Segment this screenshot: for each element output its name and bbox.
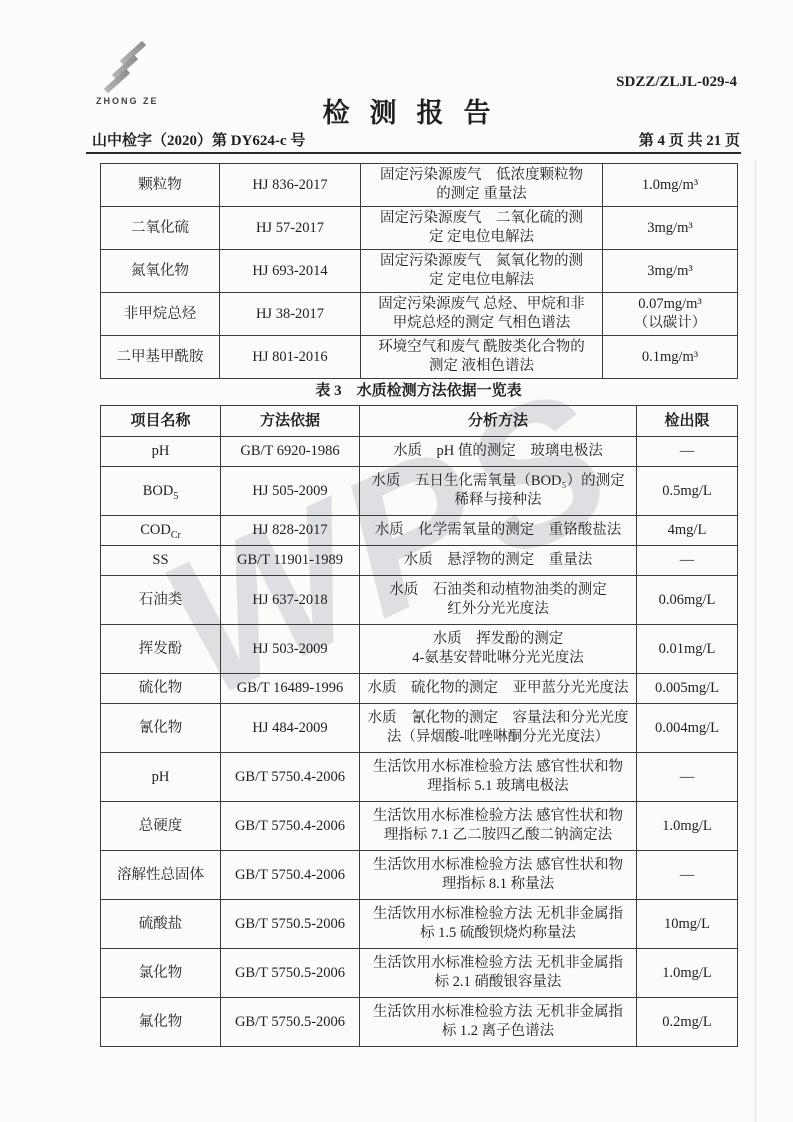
detection-limit-cell: 1.0mg/m³ (603, 164, 738, 207)
table-row: 硫化物GB/T 16489-1996水质 硫化物的测定 亚甲蓝分光光度法0.00… (101, 674, 738, 704)
column-header: 分析方法 (360, 406, 637, 437)
analysis-method-cell: 水质 石油类和动植物油类的测定 红外分光光度法 (360, 576, 637, 625)
method-basis-cell: GB/T 5750.5-2006 (221, 949, 360, 998)
table-row: 氮氧化物HJ 693-2014固定污染源废气 氮氧化物的测 定 定电位电解法3m… (101, 250, 738, 293)
analysis-method-cell: 固定污染源废气 总烃、甲烷和非 甲烷总烃的测定 气相色谱法 (361, 293, 603, 336)
item-name-cell: SS (101, 546, 221, 576)
item-name-cell: BOD5 (101, 467, 221, 516)
table-row: 氟化物GB/T 5750.5-2006生活饮用水标准检验方法 无机非金属指 标 … (101, 998, 738, 1047)
table-header-row: 项目名称方法依据分析方法检出限 (101, 406, 738, 437)
detection-limit-cell: 0.5mg/L (637, 467, 738, 516)
document-body: 颗粒物HJ 836-2017固定污染源废气 低浓度颗粒物 的测定 重量法1.0m… (100, 163, 737, 1047)
table-row: 非甲烷总烃HJ 38-2017固定污染源废气 总烃、甲烷和非 甲烷总烃的测定 气… (101, 293, 738, 336)
table-row: 总硬度GB/T 5750.4-2006生活饮用水标准检验方法 感官性状和物 理指… (101, 802, 738, 851)
report-number: 山中检字（2020）第 DY624-c 号 (88, 129, 305, 150)
table-row: 挥发酚HJ 503-2009水质 挥发酚的测定 4-氨基安替吡啉分光光度法0.0… (101, 625, 738, 674)
item-name-cell: 颗粒物 (101, 164, 220, 207)
detection-limit-cell: — (637, 546, 738, 576)
item-name-cell: 非甲烷总烃 (101, 293, 220, 336)
column-header: 方法依据 (221, 406, 360, 437)
water-methods-table: 项目名称方法依据分析方法检出限 pHGB/T 6920-1986水质 pH 值的… (100, 405, 738, 1047)
logo-stripes-icon (96, 42, 156, 94)
analysis-method-cell: 水质 氰化物的测定 容量法和分光光度 法（异烟酸-吡唑啉酮分光光度法） (360, 704, 637, 753)
item-name-cell: 氮氧化物 (101, 250, 220, 293)
item-name-cell: 硫酸盐 (101, 900, 221, 949)
item-name-cell: pH (101, 437, 221, 467)
method-basis-cell: GB/T 5750.4-2006 (221, 802, 360, 851)
table-row: pHGB/T 5750.4-2006生活饮用水标准检验方法 感官性状和物 理指标… (101, 753, 738, 802)
detection-limit-cell: 10mg/L (637, 900, 738, 949)
analysis-method-cell: 水质 pH 值的测定 玻璃电极法 (360, 437, 637, 467)
column-header: 检出限 (637, 406, 738, 437)
method-basis-cell: GB/T 6920-1986 (221, 437, 360, 467)
gas-methods-table: 颗粒物HJ 836-2017固定污染源废气 低浓度颗粒物 的测定 重量法1.0m… (100, 163, 738, 379)
item-name-cell: 氯化物 (101, 949, 221, 998)
method-basis-cell: HJ 828-2017 (221, 516, 360, 546)
method-basis-cell: HJ 505-2009 (221, 467, 360, 516)
page-number-info: 第 4 页 共 21 页 (639, 129, 740, 150)
method-basis-cell: GB/T 5750.5-2006 (221, 900, 360, 949)
item-name-cell: 氟化物 (101, 998, 221, 1047)
method-basis-cell: HJ 693-2014 (220, 250, 361, 293)
detection-limit-cell: 0.004mg/L (637, 704, 738, 753)
table-row: 二氧化硫HJ 57-2017固定污染源废气 二氧化硫的测 定 定电位电解法3mg… (101, 207, 738, 250)
method-basis-cell: HJ 836-2017 (220, 164, 361, 207)
method-basis-cell: GB/T 5750.5-2006 (221, 998, 360, 1047)
page-title: 检测报告 (90, 91, 723, 130)
detection-limit-cell: 0.06mg/L (637, 576, 738, 625)
table-row: BOD5HJ 505-2009水质 五日生化需氧量（BOD₅）的测定 稀释与接种… (101, 467, 738, 516)
table-row: CODCrHJ 828-2017水质 化学需氧量的测定 重铬酸盐法4mg/L (101, 516, 738, 546)
detection-limit-cell: 4mg/L (637, 516, 738, 546)
analysis-method-cell: 水质 五日生化需氧量（BOD₅）的测定 稀释与接种法 (360, 467, 637, 516)
analysis-method-cell: 水质 悬浮物的测定 重量法 (360, 546, 637, 576)
detection-limit-cell: 3mg/m³ (603, 207, 738, 250)
detection-limit-cell: 3mg/m³ (603, 250, 738, 293)
analysis-method-cell: 生活饮用水标准检验方法 感官性状和物 理指标 7.1 乙二胺四乙酸二钠滴定法 (360, 802, 637, 851)
table-row: pHGB/T 6920-1986水质 pH 值的测定 玻璃电极法— (101, 437, 738, 467)
water-methods-table-head: 项目名称方法依据分析方法检出限 (101, 406, 738, 437)
item-name-cell: CODCr (101, 516, 221, 546)
detection-limit-cell: 0.1mg/m³ (603, 336, 738, 379)
method-basis-cell: HJ 503-2009 (221, 625, 360, 674)
method-basis-cell: HJ 484-2009 (221, 704, 360, 753)
subheader: 山中检字（2020）第 DY624-c 号 第 4 页 共 21 页 (88, 129, 740, 150)
item-name-cell: 硫化物 (101, 674, 221, 704)
method-basis-cell: HJ 801-2016 (220, 336, 361, 379)
method-basis-cell: GB/T 16489-1996 (221, 674, 360, 704)
method-basis-cell: GB/T 11901-1989 (221, 546, 360, 576)
method-basis-cell: GB/T 5750.4-2006 (221, 753, 360, 802)
item-name-cell: 总硬度 (101, 802, 221, 851)
detection-limit-cell: 0.01mg/L (637, 625, 738, 674)
table-row: 石油类HJ 637-2018水质 石油类和动植物油类的测定 红外分光光度法0.0… (101, 576, 738, 625)
table3-caption: 表 3 水质检测方法依据一览表 (100, 379, 737, 405)
analysis-method-cell: 水质 硫化物的测定 亚甲蓝分光光度法 (360, 674, 637, 704)
item-name-cell: pH (101, 753, 221, 802)
column-header: 项目名称 (101, 406, 221, 437)
detection-limit-cell: — (637, 437, 738, 467)
item-name-cell: 挥发酚 (101, 625, 221, 674)
header-rule (86, 152, 741, 154)
detection-limit-cell: — (637, 851, 738, 900)
table-row: 氰化物HJ 484-2009水质 氰化物的测定 容量法和分光光度 法（异烟酸-吡… (101, 704, 738, 753)
scan-edge-line (755, 160, 756, 1122)
analysis-method-cell: 水质 化学需氧量的测定 重铬酸盐法 (360, 516, 637, 546)
table-row: 溶解性总固体GB/T 5750.4-2006生活饮用水标准检验方法 感官性状和物… (101, 851, 738, 900)
item-name-cell: 溶解性总固体 (101, 851, 221, 900)
analysis-method-cell: 生活饮用水标准检验方法 无机非金属指 标 1.5 硫酸钡烧灼称量法 (360, 900, 637, 949)
analysis-method-cell: 生活饮用水标准检验方法 感官性状和物 理指标 8.1 称量法 (360, 851, 637, 900)
detection-limit-cell: 1.0mg/L (637, 802, 738, 851)
method-basis-cell: GB/T 5750.4-2006 (221, 851, 360, 900)
analysis-method-cell: 生活饮用水标准检验方法 无机非金属指 标 2.1 硝酸银容量法 (360, 949, 637, 998)
analysis-method-cell: 环境空气和废气 酰胺类化合物的 测定 液相色谱法 (361, 336, 603, 379)
detection-limit-cell: 0.005mg/L (637, 674, 738, 704)
method-basis-cell: HJ 38-2017 (220, 293, 361, 336)
detection-limit-cell: 0.07mg/m³ （以碳计） (603, 293, 738, 336)
method-basis-cell: HJ 57-2017 (220, 207, 361, 250)
item-name-cell: 石油类 (101, 576, 221, 625)
item-name-cell: 二甲基甲酰胺 (101, 336, 220, 379)
report-page: ZHONG ZE SDZZ/ZLJL-029-4 检测报告 山中检字（2020）… (0, 0, 793, 1122)
detection-limit-cell: 0.2mg/L (637, 998, 738, 1047)
water-methods-table-body: pHGB/T 6920-1986水质 pH 值的测定 玻璃电极法—BOD5HJ … (101, 437, 738, 1047)
analysis-method-cell: 生活饮用水标准检验方法 感官性状和物 理指标 5.1 玻璃电极法 (360, 753, 637, 802)
document-code: SDZZ/ZLJL-029-4 (616, 74, 737, 91)
analysis-method-cell: 生活饮用水标准检验方法 无机非金属指 标 1.2 离子色谱法 (360, 998, 637, 1047)
detection-limit-cell: — (637, 753, 738, 802)
item-name-cell: 二氧化硫 (101, 207, 220, 250)
table-row: 颗粒物HJ 836-2017固定污染源废气 低浓度颗粒物 的测定 重量法1.0m… (101, 164, 738, 207)
detection-limit-cell: 1.0mg/L (637, 949, 738, 998)
analysis-method-cell: 固定污染源废气 低浓度颗粒物 的测定 重量法 (361, 164, 603, 207)
method-basis-cell: HJ 637-2018 (221, 576, 360, 625)
analysis-method-cell: 水质 挥发酚的测定 4-氨基安替吡啉分光光度法 (360, 625, 637, 674)
analysis-method-cell: 固定污染源废气 二氧化硫的测 定 定电位电解法 (361, 207, 603, 250)
gas-methods-table-body: 颗粒物HJ 836-2017固定污染源废气 低浓度颗粒物 的测定 重量法1.0m… (101, 164, 738, 379)
item-name-cell: 氰化物 (101, 704, 221, 753)
table-row: SSGB/T 11901-1989水质 悬浮物的测定 重量法— (101, 546, 738, 576)
analysis-method-cell: 固定污染源废气 氮氧化物的测 定 定电位电解法 (361, 250, 603, 293)
table-row: 二甲基甲酰胺HJ 801-2016环境空气和废气 酰胺类化合物的 测定 液相色谱… (101, 336, 738, 379)
table-row: 氯化物GB/T 5750.5-2006生活饮用水标准检验方法 无机非金属指 标 … (101, 949, 738, 998)
table-row: 硫酸盐GB/T 5750.5-2006生活饮用水标准检验方法 无机非金属指 标 … (101, 900, 738, 949)
